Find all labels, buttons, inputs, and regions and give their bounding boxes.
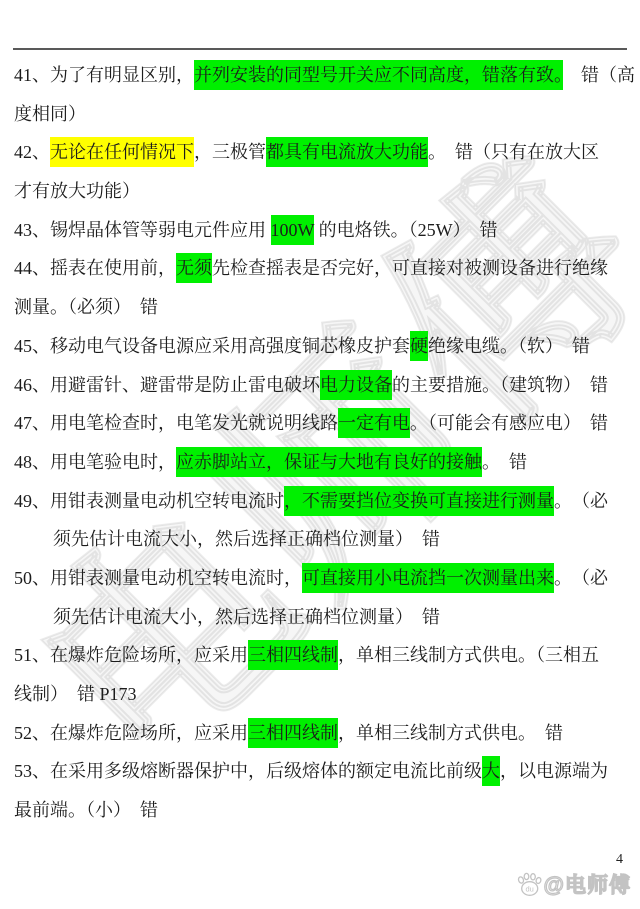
question-text: 先检查摇表是否完好，可直接对被测设备进行绝缘 xyxy=(212,258,608,278)
question-text: 须先估计电流大小，然后选择正确档位测量） 错 xyxy=(53,529,440,549)
highlighted-text-green: 都具有电流放大功能 xyxy=(266,137,428,167)
svg-text:du: du xyxy=(525,884,533,893)
question-line: 最前端。（小） 错 xyxy=(14,791,632,830)
question-text: 47、用电笔检查时，电笔发光就说明线路 xyxy=(14,413,338,433)
highlighted-text-green: 应赤脚站立，保证与大地有良好的接触 xyxy=(176,447,482,477)
highlighted-text-green: 可直接用小电流挡一次测量出来 xyxy=(302,563,554,593)
question-line: 42、无论在任何情况下，三极管都具有电流放大功能。 错（只有在放大区 xyxy=(14,133,632,172)
question-line: 45、移动电气设备电源应采用高强度铜芯橡皮护套硬绝缘电缆。（软） 错 xyxy=(14,327,632,366)
question-text: 41、为了有明显区别， xyxy=(14,65,194,85)
question-text: ，三极管 xyxy=(194,142,266,162)
highlighted-text-green: 无须 xyxy=(176,253,212,283)
question-text: 48、用电笔验电时， xyxy=(14,452,176,472)
highlighted-text-green: 硬 xyxy=(410,331,428,361)
question-line: 51、在爆炸危险场所，应采用三相四线制，单相三线制方式供电。（三相五 xyxy=(14,636,632,675)
question-line: 线制） 错 P173 xyxy=(14,675,632,714)
question-text: 44、摇表在使用前， xyxy=(14,258,176,278)
highlighted-text-green: ，不需要挡位变换可直接进行测量 xyxy=(284,486,554,516)
document-page: 电师傅 41、为了有明显区别，并列安装的同型号开关应不同高度，错落有致。 错（高… xyxy=(0,0,640,909)
question-text: 51、在爆炸危险场所，应采用 xyxy=(14,645,248,665)
question-line: 48、用电笔验电时，应赤脚站立，保证与大地有良好的接触。 错 xyxy=(14,443,632,482)
highlighted-text-green: 大 xyxy=(482,756,500,786)
question-text: 。 （必 xyxy=(554,491,608,511)
question-text: 45、移动电气设备电源应采用高强度铜芯橡皮护套 xyxy=(14,336,410,356)
question-text: 53、在采用多级熔断器保护中，后级熔体的额定电流比前级 xyxy=(14,761,482,781)
question-line: 47、用电笔检查时，电笔发光就说明线路一定有电。（可能会有感应电） 错 xyxy=(14,404,632,443)
question-text: 最前端。（小） 错 xyxy=(14,800,158,820)
question-line: 43、锡焊晶体管等弱电元件应用 100W 的电烙铁。（25W） 错 xyxy=(14,211,632,250)
question-text: ，单相三线制方式供电。 错 xyxy=(338,723,563,743)
highlighted-text-green: 电力设备 xyxy=(320,370,392,400)
question-text: 。 错 xyxy=(482,452,527,472)
question-text: ，以电源端为 xyxy=(500,761,608,781)
question-text: 52、在爆炸危险场所，应采用 xyxy=(14,723,248,743)
highlighted-text-green: 100W xyxy=(271,215,315,245)
highlighted-text-green: 三相四线制 xyxy=(248,640,338,670)
footer-watermark-text: @电师傅 xyxy=(544,869,631,899)
footer-watermark: du @电师傅 xyxy=(516,869,631,899)
highlighted-text-yellow: 无论在任何情况下 xyxy=(50,137,194,167)
question-line: 须先估计电流大小，然后选择正确档位测量） 错 xyxy=(14,598,632,637)
question-text: 线制） 错 P173 xyxy=(14,684,137,704)
question-text: 49、用钳表测量电动机空转电流时 xyxy=(14,491,284,511)
question-line: 52、在爆炸危险场所，应采用三相四线制，单相三线制方式供电。 错 xyxy=(14,714,632,753)
question-text: 测量。（必须） 错 xyxy=(14,297,158,317)
question-text: 的主要措施。（建筑物） 错 xyxy=(392,375,608,395)
question-text: 。 （必 xyxy=(554,568,608,588)
highlighted-text-green: 三相四线制 xyxy=(248,718,338,748)
question-line: 49、用钳表测量电动机空转电流时，不需要挡位变换可直接进行测量。 （必 xyxy=(14,482,632,521)
highlighted-text-green: 一定有电 xyxy=(338,408,410,438)
question-text: 须先估计电流大小，然后选择正确档位测量） 错 xyxy=(53,607,440,627)
question-text: 绝缘电缆。（软） 错 xyxy=(428,336,590,356)
question-list: 41、为了有明显区别，并列安装的同型号开关应不同高度，错落有致。 错（高度相同）… xyxy=(14,49,632,830)
question-line: 46、用避雷针、避雷带是防止雷电破坏电力设备的主要措施。（建筑物） 错 xyxy=(14,366,632,405)
question-line: 50、用钳表测量电动机空转电流时，可直接用小电流挡一次测量出来。 （必 xyxy=(14,559,632,598)
page-number: 4 xyxy=(616,852,623,868)
question-text: 错（高 xyxy=(563,65,635,85)
question-line: 度相同） xyxy=(14,95,632,134)
question-line: 41、为了有明显区别，并列安装的同型号开关应不同高度，错落有致。 错（高 xyxy=(14,56,632,95)
baidu-paw-icon: du xyxy=(516,872,543,897)
question-text: 50、用钳表测量电动机空转电流时， xyxy=(14,568,302,588)
question-line: 测量。（必须） 错 xyxy=(14,288,632,327)
question-text: 才有放大功能） xyxy=(14,181,140,201)
question-line: 44、摇表在使用前，无须先检查摇表是否完好，可直接对被测设备进行绝缘 xyxy=(14,249,632,288)
question-text: 43、锡焊晶体管等弱电元件应用 xyxy=(14,220,271,240)
question-text: ，单相三线制方式供电。（三相五 xyxy=(338,645,599,665)
question-line: 53、在采用多级熔断器保护中，后级熔体的额定电流比前级大，以电源端为 xyxy=(14,752,632,791)
question-text: 46、用避雷针、避雷带是防止雷电破坏 xyxy=(14,375,320,395)
question-line: 须先估计电流大小，然后选择正确档位测量） 错 xyxy=(14,520,632,559)
question-text: 。 错（只有在放大区 xyxy=(428,142,599,162)
question-text: 度相同） xyxy=(14,104,86,124)
question-text: 的电烙铁。（25W） 错 xyxy=(314,220,498,240)
question-text: 42、 xyxy=(14,142,50,162)
highlighted-text-green: 并列安装的同型号开关应不同高度，错落有致。 xyxy=(194,60,563,90)
question-text: 。（可能会有感应电） 错 xyxy=(410,413,608,433)
question-line: 才有放大功能） xyxy=(14,172,632,211)
